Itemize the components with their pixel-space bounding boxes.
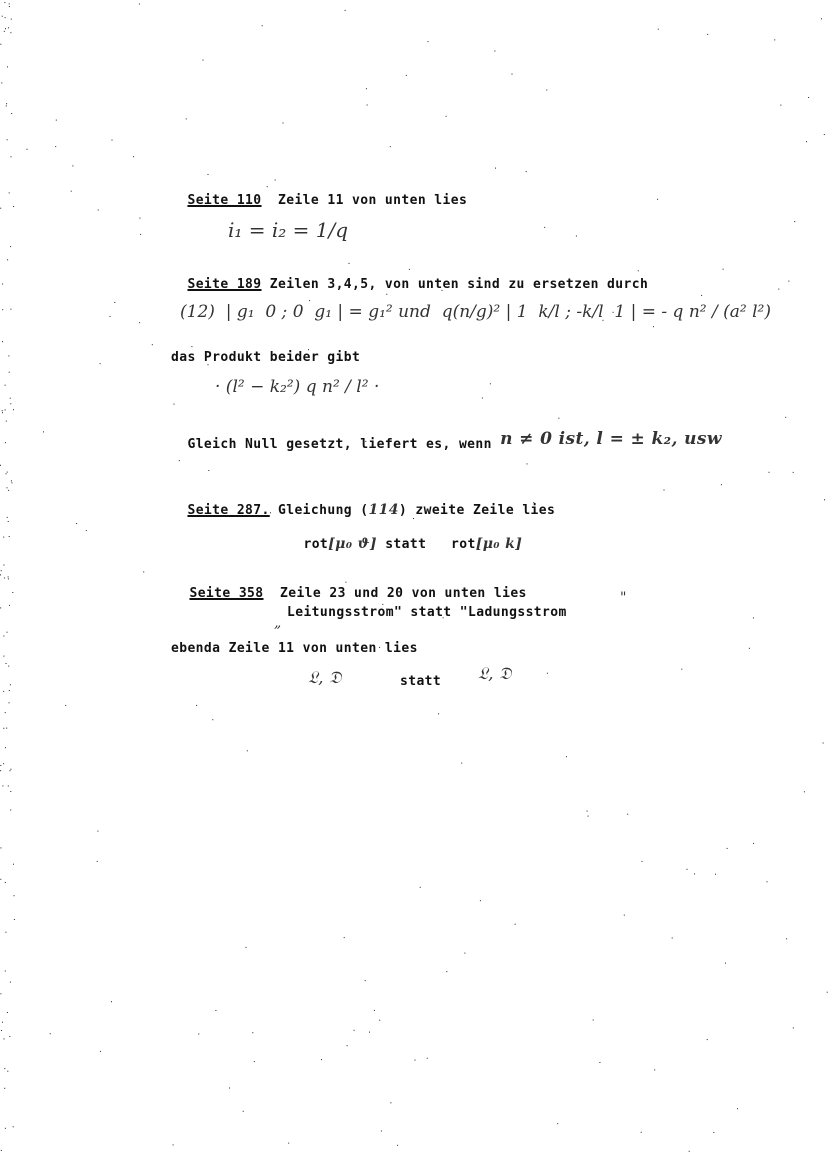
- quote-mark: „: [274, 615, 281, 631]
- handwritten-product: · (l² − k₂²) q n² / l² ·: [215, 377, 379, 397]
- handwritten-eqno: 114: [368, 502, 398, 518]
- page-ref: Seite 189: [187, 277, 261, 292]
- text-line: Gleich Null gesetzt, liefert es, wenn n …: [171, 418, 722, 453]
- entry-seite-110: Seite 110 Zeile 11 von unten lies: [171, 178, 467, 208]
- handwritten-condition: n ≠ 0 ist, l = ± k₂, usw: [500, 429, 722, 449]
- quote-mark: ": [620, 590, 626, 606]
- handwritten-a: 𝔏, 𝔇: [308, 668, 342, 688]
- instruction: Zeile 23 und 20 von unten lies: [280, 586, 527, 601]
- text: rot: [303, 537, 328, 552]
- handwritten: [μ₀ ϑ]: [328, 536, 377, 552]
- entry-seite-358: Seite 358 Zeile 23 und 20 von unten lies: [173, 571, 527, 601]
- text-statt: statt: [400, 674, 441, 689]
- handwritten: [μ₀ k]: [476, 536, 523, 552]
- handwritten-equation: (12) | g₁ 0 ; 0 g₁ | = g₁² und q(n/g)² |…: [180, 302, 771, 322]
- correction-line: rot[μ₀ ϑ] statt rot[μ₀ k]: [287, 521, 522, 552]
- text: statt: [385, 537, 426, 552]
- handwritten-b: 𝔏, 𝔇: [478, 664, 512, 684]
- text-line: ebenda Zeile 11 von unten lies: [171, 641, 418, 656]
- correction-line: Leitungsstrom" statt "Ladungsstrom: [287, 605, 567, 620]
- entry-seite-287: Seite 287. Gleichung (114) zweite Zeile …: [171, 487, 555, 518]
- instruction: ) zweite Zeile lies: [399, 503, 555, 518]
- page-ref: Seite 358: [189, 586, 263, 601]
- text: Gleich Null gesetzt, liefert es, wenn: [187, 437, 491, 452]
- text-line: das Produkt beider gibt: [171, 350, 360, 365]
- instruction: Zeilen 3,4,5, von unten sind zu ersetzen…: [270, 277, 648, 292]
- page-ref: Seite 287.: [187, 503, 269, 518]
- page-ref: Seite 110: [187, 193, 261, 208]
- instruction: Gleichung (: [278, 503, 369, 518]
- text: rot: [451, 537, 476, 552]
- handwritten-formula: i₁ = i₂ = 1/q: [228, 218, 348, 242]
- entry-seite-189: Seite 189 Zeilen 3,4,5, von unten sind z…: [171, 262, 648, 292]
- instruction: Zeile 11 von unten lies: [278, 193, 467, 208]
